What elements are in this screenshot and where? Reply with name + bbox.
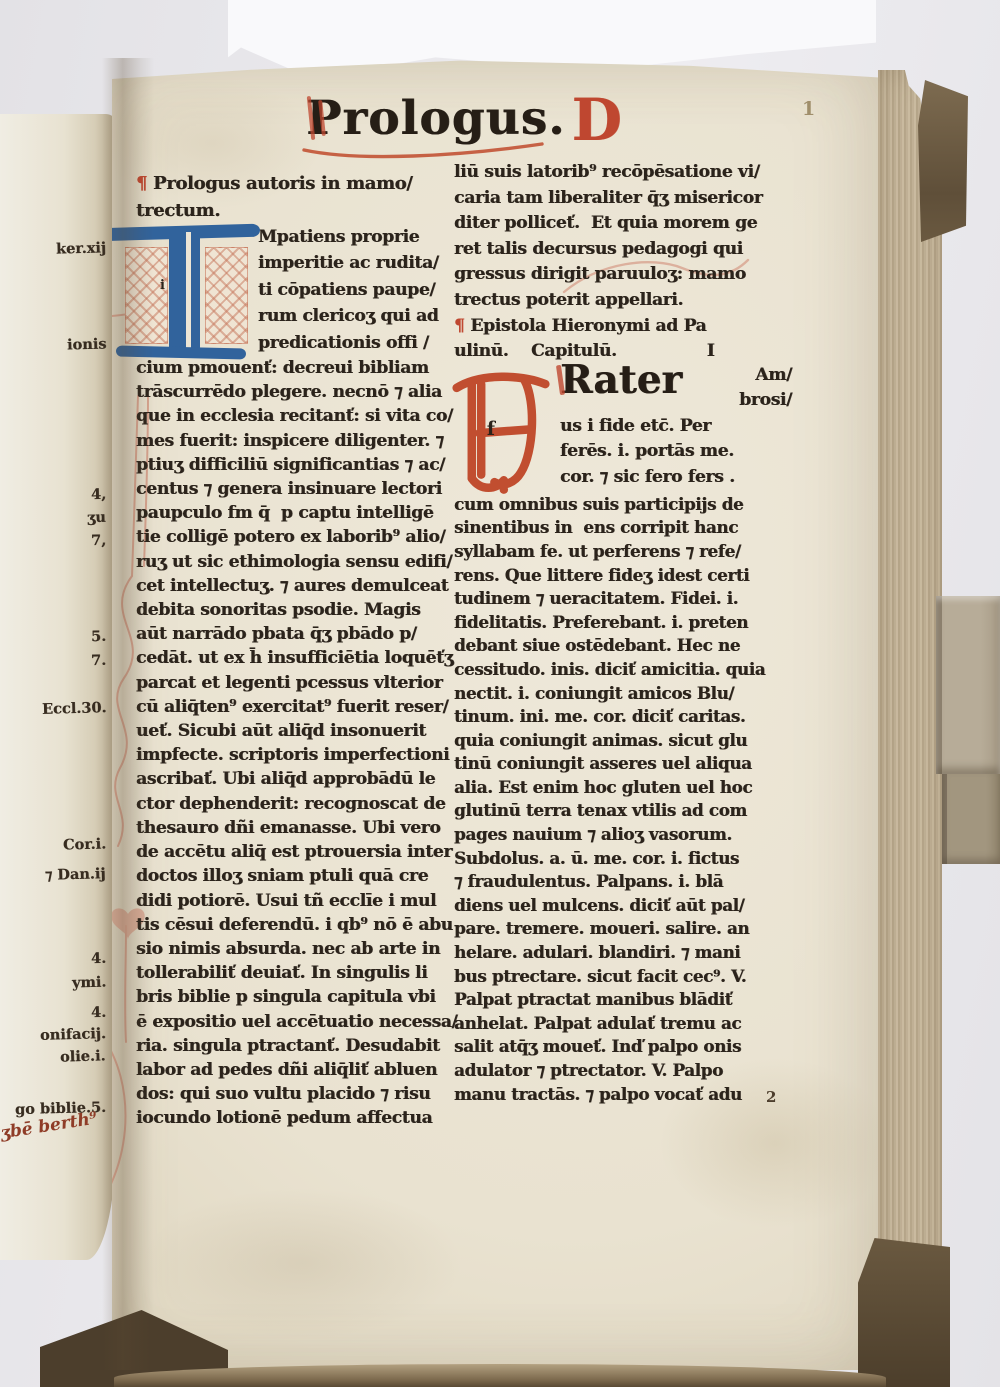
facing-page-fragment: ymi. <box>71 974 106 992</box>
facing-page-fragment: ker.xij <box>56 239 106 257</box>
text-line: doctos illoʒ sniam ptuli quā cre <box>136 864 472 888</box>
text-line: sinentibus in ens corripit hanc <box>454 516 796 540</box>
text-line: caria tam liberaliter q̄ʒ misericor <box>454 186 796 212</box>
text-line: tie colligē potero ex laborib⁹ alio/ <box>136 525 472 549</box>
text-line: didi potiorē. Usui tñ ecclīe i mul <box>136 889 472 913</box>
text-line: manu tractās. ⁊ palpo vocať adu <box>454 1083 796 1107</box>
text-line: helare. adulari. blandiri. ⁊ mani <box>454 941 796 965</box>
text-line: glutinū terra tenax vtilis ad com <box>454 799 796 823</box>
text-line: trectus poterit appellari. <box>454 288 796 314</box>
text-line: ferēs. i. portās me. <box>560 439 735 465</box>
column-heading: ¶ Prologus autoris in mamo/trectum. <box>136 170 472 224</box>
text-line: liū suis latorib⁹ recōpēsatione vi/ <box>454 160 796 186</box>
text-line: quia coniungit animas. sicut glu <box>454 729 796 753</box>
illuminated-initial-I: i <box>124 226 246 366</box>
text-line: tis cēsui deferendū. i qb⁹ nō ē abu <box>136 913 472 937</box>
text-line: cedāt. ut ex h̄ insufficiētia loquēťʒ <box>136 646 472 670</box>
text-line: bris biblie p singula capitula vbi <box>136 985 472 1009</box>
text-line: us i fide etc̄. Per <box>560 414 735 440</box>
text-line: tudinem ⁊ ueracitatem. Fidei. i. <box>454 587 796 611</box>
penwork-panel <box>205 247 248 344</box>
dropcap-row: i Mpatiens proprieimperitie ac rudita/ti… <box>136 224 472 356</box>
facing-page-fragment: ʒu <box>87 509 106 526</box>
text-line: Palpat ptractat manibus blādiť <box>454 988 796 1012</box>
text-line: trectum. <box>136 197 472 224</box>
text-line: tinū coniungit asseres uel aliqua <box>454 752 796 776</box>
initial-bar <box>116 346 246 360</box>
text-line: debant siue ostēdebant. Hec ne <box>454 634 796 658</box>
text-line: fidelitatis. Preferebant. i. preten <box>454 611 796 635</box>
red-initial-D: D <box>572 86 622 154</box>
text-line: ruʒ ut sic ethimologia sensu edifi/ <box>136 550 472 574</box>
binding-board-bottom <box>858 1238 950 1387</box>
text-line: ascribať. Ubi aliq̄d approbādū le <box>136 767 472 791</box>
text-line: Am/ <box>739 363 792 389</box>
initial-stem <box>169 232 200 353</box>
text-line: ¶ Prologus autoris in mamo/ <box>136 170 472 197</box>
text-line: adulator ⁊ ptrectator. V. Palpo <box>454 1059 796 1083</box>
text-line: pare. tremere. moueri. salire. an <box>454 917 796 941</box>
text-line: ⁊ fraudulentus. Palpans. i. blā <box>454 870 796 894</box>
clasp-strap-lower <box>942 774 1000 864</box>
text-line: diens uel mulcens. diciť aūt pal/ <box>454 894 796 918</box>
text-line: Subdolus. a. ū. me. cor. i. fictus <box>454 847 796 871</box>
facing-page-fragment: 4. <box>91 1004 107 1021</box>
text-line: anhelat. Palpat adulať tremu ac <box>454 1012 796 1036</box>
clasp-strap <box>936 596 1000 774</box>
text-line: dos: qui suo vultu placido ⁊ risu <box>136 1082 472 1106</box>
text-line: ti cōpatiens paupe/ <box>258 277 472 303</box>
text-line: ret talis decursus pedagogi qui <box>454 237 796 263</box>
text-line: ptiuʒ difficiliū significantias ⁊ ac/ <box>136 453 472 477</box>
text-line: labor ad pedes dñi aliq̄liť abluen <box>136 1058 472 1082</box>
frater-dropcap-row: f Rater Am/brosi/ us i fide etc̄. Perfer… <box>454 365 796 493</box>
text-line: gressus dirigit paruuloʒ: mamo <box>454 262 796 288</box>
text-line: cet intellectuʒ. ⁊ aures demulceat <box>136 574 472 598</box>
text-line: sio nimis absurda. nec ab arte in <box>136 937 472 961</box>
facing-page-fragment: ionis <box>66 335 106 353</box>
facing-page-fragment: onifacij. <box>40 1025 106 1044</box>
red-initial-F: f <box>448 369 554 501</box>
text-line: cessitudo. inis. diciť amicitia. quia <box>454 658 796 682</box>
text-line: ē expositio uel accētuatio necessa/ <box>136 1010 472 1034</box>
guide-letter: i <box>160 278 165 293</box>
facing-page-fragment: ⁊ Dan.ij <box>45 865 106 884</box>
facing-page-fragment: Cor.i. <box>63 835 107 853</box>
text-line: que in ecclesia recitanť: si vita co/ <box>136 404 472 428</box>
text-line: salit atq̄ʒ moueť. Inď palpo onis <box>454 1035 796 1059</box>
frater-word: Rater <box>560 357 682 403</box>
facing-page-fragment: 4. <box>91 950 107 967</box>
text-line: aūt narrādo pbata q̄ʒ pbādo p/ <box>136 622 472 646</box>
text-line: pages nauium ⁊ alioʒ vasorum. <box>454 823 796 847</box>
penwork-panel <box>125 247 168 344</box>
text-line: predicationis offi / <box>258 330 472 356</box>
book-photo-scene: ker.xijionis4,ʒu7,5.7.Eccl.30.Cor.i.⁊ Da… <box>0 0 1000 1387</box>
text-line: diter polliceť. Et quia morem ge <box>454 211 796 237</box>
text-line: tinum. ini. me. cor. diciť caritas. <box>454 705 796 729</box>
facing-page-fragment: olie.i. <box>60 1047 106 1065</box>
text-line: Mpatiens proprie <box>258 224 472 250</box>
page-block-bottom-edge <box>114 1364 886 1387</box>
text-line: centus ⁊ genera insinuare lectori <box>136 477 472 501</box>
facing-page-text-fragments: ker.xijionis4,ʒu7,5.7.Eccl.30.Cor.i.⁊ Da… <box>0 0 112 1387</box>
text-line: paupculo fm q̄ p captu intelligē <box>136 501 472 525</box>
facing-page-fragment: Eccl.30. <box>41 699 106 718</box>
facing-page-fragment: 4, <box>91 486 107 503</box>
right-text-column: liū suis latorib⁹ recōpēsatione vi/caria… <box>454 160 796 1106</box>
text-line: parcat et legenti pcessus vlterior <box>136 671 472 695</box>
text-line: iocundo lotionē pedum affectua <box>136 1106 472 1130</box>
text-line: cū aliq̄ten⁹ exercitat⁹ fuerit reser/ <box>136 695 472 719</box>
text-line: ctor dephenderit: recognoscat de <box>136 792 472 816</box>
book-fore-edge <box>878 70 942 1370</box>
text-line: mes fuerit: inspicere diligenter. ⁊ <box>136 429 472 453</box>
text-line: de accētu aliq̄ est ptrouersia inter <box>136 840 472 864</box>
text-line: rens. Que littere fideʒ idest certi <box>454 564 796 588</box>
text-line: cor. ⁊ sic fero fers . <box>560 465 735 491</box>
page-stain <box>142 1188 462 1338</box>
page-title: Prologus.D <box>306 86 622 154</box>
binding-board-top <box>918 80 968 242</box>
signature-mark: 2 <box>766 1088 776 1106</box>
facing-page-fragment: 5. <box>91 628 107 645</box>
text-line: rum clericoʒ qui ad <box>258 303 472 329</box>
facing-page-fragment: 7, <box>91 532 107 549</box>
text-line: thesauro dñi emanasse. Ubi vero <box>136 816 472 840</box>
book-page: Prologus.D 1 <box>112 58 884 1370</box>
text-line: trāscurrēdo plegere. necnō ⁊ alia <box>136 380 472 404</box>
folio-number: 1 <box>802 98 815 120</box>
facing-page-fragment: 7. <box>91 652 107 669</box>
text-line: nectit. i. coniungit amicos Blu/ <box>454 682 796 706</box>
title-text: Prologus. <box>306 91 566 146</box>
text-line: imperitie ac rudita/ <box>258 250 472 276</box>
text-line: alia. Est enim hoc gluten uel hoc <box>454 776 796 800</box>
text-line: impfecte. scriptoris imperfectioni <box>136 743 472 767</box>
left-text-column: ¶ Prologus autoris in mamo/trectum. i Mp… <box>136 170 472 1131</box>
text-line: bus ptrectare. sicut facit cec⁹. V. <box>454 965 796 989</box>
text-line: syllabam fe. ut perferens ⁊ refe/ <box>454 540 796 564</box>
text-line: ueť. Sicubi aūt aliq̄d insonuerit <box>136 719 472 743</box>
text-line: brosi/ <box>739 388 792 414</box>
text-line: tollerabiliť deuiať. In singulis li <box>136 961 472 985</box>
text-line: ria. singula ptractanť. Desudabit <box>136 1034 472 1058</box>
text-line: ¶ Epistola Hieronymi ad Pa <box>454 314 796 340</box>
text-line: debita sonoritas psodie. Magis <box>136 598 472 622</box>
